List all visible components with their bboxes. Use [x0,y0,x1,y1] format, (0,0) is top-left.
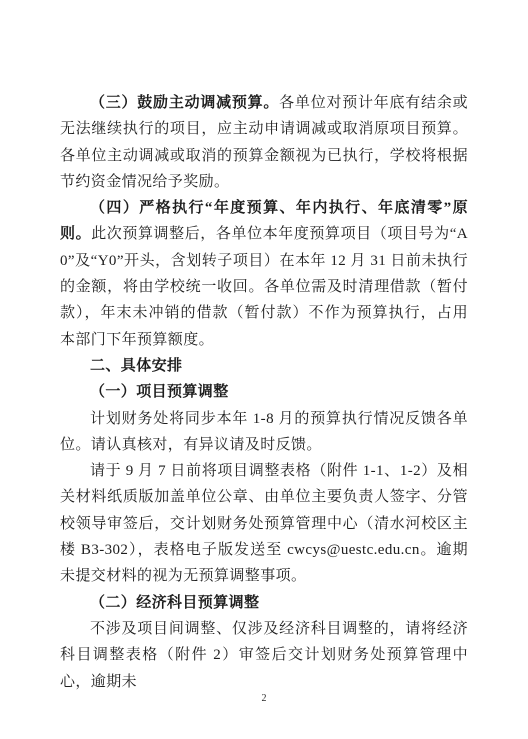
heading-sub-one: （一）项目预算调整 [60,379,468,405]
document-page: （三）鼓励主动调减预算。各单位对预计年底有结余或无法继续执行的项目，应主动申请调… [0,0,528,739]
page-number: 2 [0,693,528,704]
heading-sub-two: （二）经济科目预算调整 [60,590,468,616]
para-body-text: 此次预算调整后，各单位本年度预算项目（项目号为“A0”及“Y0”开头，含划转子项… [60,226,468,347]
para-encourage-reduction: （三）鼓励主动调减预算。各单位对预计年底有结余或无法继续执行的项目，应主动申请调… [60,90,468,195]
para-strict-execution: （四）严格执行“年度预算、年内执行、年底清零”原则。此次预算调整后，各单位本年度… [60,195,468,353]
para-economic-subject: 不涉及项目间调整、仅涉及经济科目调整的，请将经济科目调整表格（附件 2）审签后交… [60,616,468,695]
para-execution-feedback: 计划财务处将同步本年 1-8 月的预算执行情况反馈各单位。请认真核对，有异议请及… [60,406,468,459]
para-lead-bold: （三）鼓励主动调减预算。 [90,95,279,111]
document-body: （三）鼓励主动调减预算。各单位对预计年底有结余或无法继续执行的项目，应主动申请调… [60,90,468,695]
heading-section-two: 二、具体安排 [60,353,468,379]
para-submission-deadline: 请于 9 月 7 日前将项目调整表格（附件 1-1、1-2）及相关材料纸质版加盖… [60,458,468,589]
